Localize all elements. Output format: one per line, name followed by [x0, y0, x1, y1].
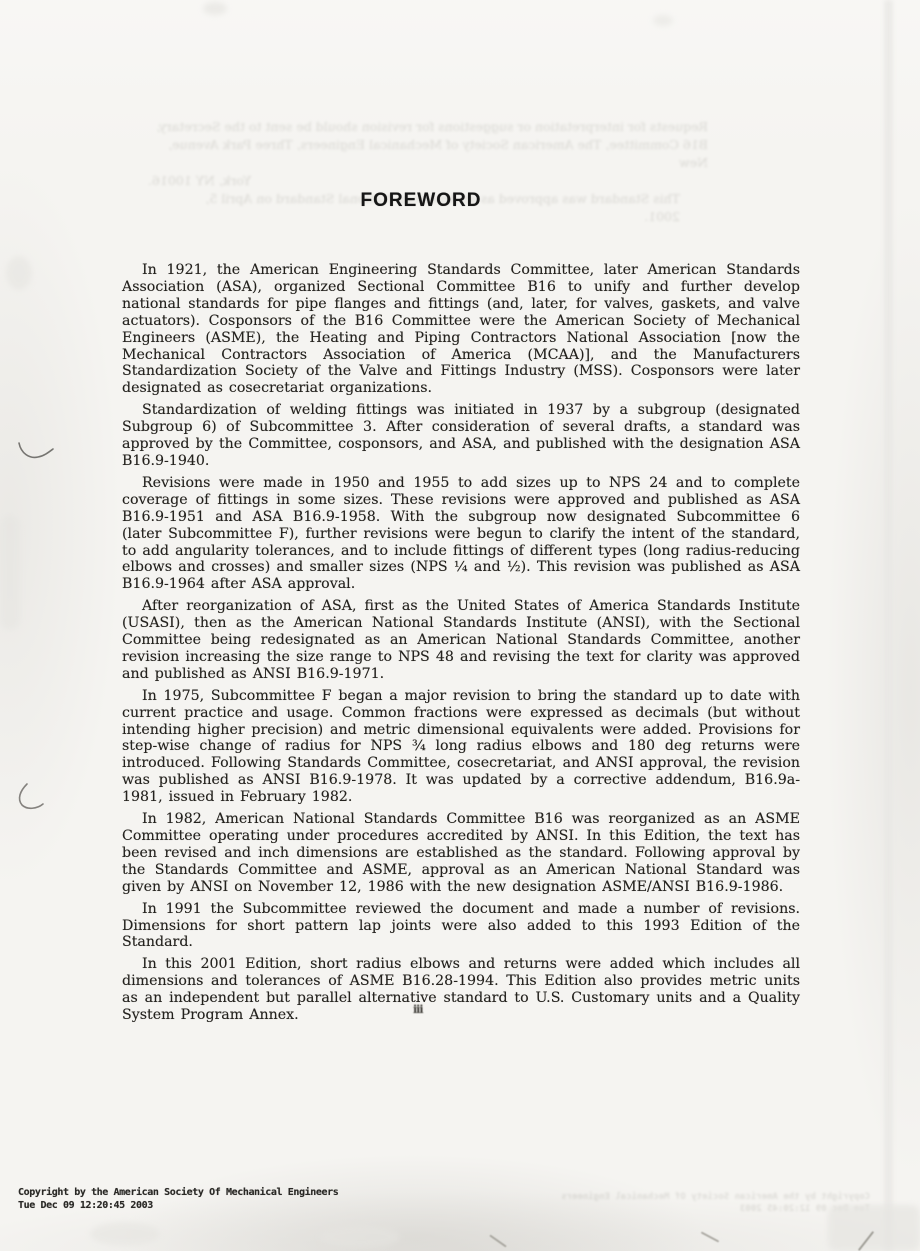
paragraph: In 1991 the Subcommittee reviewed the do… — [122, 901, 800, 952]
scanned-document-page: Requests for interpretation or suggestio… — [0, 0, 920, 1251]
scan-edge-streak — [884, 0, 893, 1251]
ghost-line: Tue Dec 09 12:20:45 2003 — [552, 1203, 870, 1215]
paragraph: Revisions were made in 1950 and 1955 to … — [122, 475, 800, 593]
scan-stray-mark — [489, 1234, 507, 1247]
paragraph: Standardization of welding fittings was … — [122, 402, 800, 470]
paragraph: After reorganization of ASA, first as th… — [122, 598, 800, 683]
scan-smudge — [320, 1226, 400, 1248]
scan-stray-mark — [701, 1231, 720, 1242]
paragraph: In 1975, Subcommittee F began a major re… — [122, 688, 800, 806]
foreword-body: In 1921, the American Engineering Standa… — [122, 262, 800, 1029]
handwritten-curl-mark — [16, 440, 56, 466]
page-title: FOREWORD — [0, 190, 881, 212]
handwritten-curl-mark — [15, 782, 51, 812]
bleedthrough-text-bottom: Copyright by the American Society Of Mec… — [552, 1191, 870, 1215]
paragraph: In 1921, the American Engineering Standa… — [122, 262, 800, 397]
paragraph: In this 2001 Edition, short radius elbow… — [122, 956, 800, 1024]
ghost-line: Requests for interpretation or suggestio… — [148, 118, 708, 136]
scan-stray-mark — [858, 1231, 874, 1251]
scan-smudge — [90, 1222, 160, 1246]
paragraph: In 1982, American National Standards Com… — [122, 811, 800, 896]
ghost-line: B16 Committee, The American Society of M… — [148, 136, 708, 172]
page-number: iii — [413, 1003, 423, 1016]
scan-smudge — [0, 515, 20, 630]
scan-smudge — [203, 2, 227, 15]
copyright-line: Copyright by the American Society Of Mec… — [18, 1186, 338, 1199]
copyright-stamp: Copyright by the American Society Of Mec… — [18, 1186, 338, 1212]
scan-smudge — [6, 256, 32, 290]
scan-smudge — [653, 15, 673, 26]
ghost-line: York, NY 10016. — [148, 172, 708, 190]
ghost-line: Copyright by the American Society Of Mec… — [552, 1191, 870, 1203]
timestamp-line: Tue Dec 09 12:20:45 2003 — [18, 1199, 338, 1212]
